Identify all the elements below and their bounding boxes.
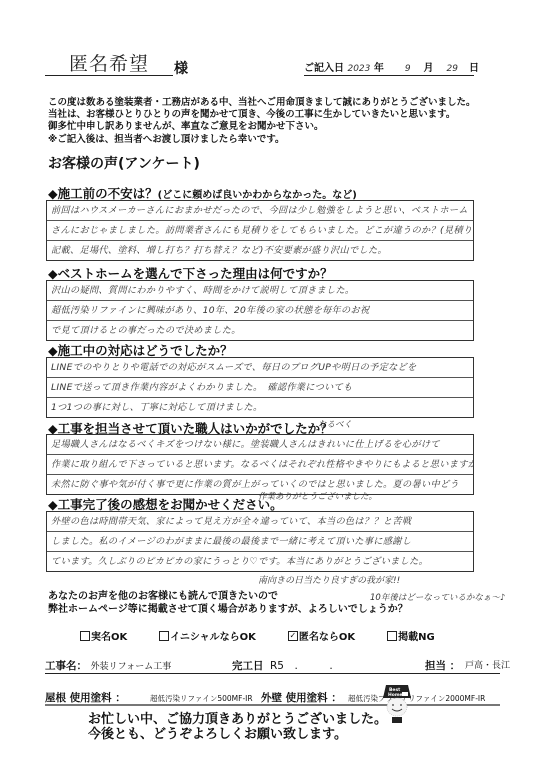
answer-box-craftsmen[interactable]: 足場職人さんはなるべくキズをつけない様に。塗装職人さんはきれいに仕上げるを心がけ… [46, 434, 474, 495]
trailing-note: 南向きの日当たり良すぎの我が家!! [258, 573, 400, 586]
completion-value: R5 . . [270, 658, 333, 673]
project-name-label: 工事名： [45, 660, 87, 672]
answer-line: さんにおじゃましました。訪問業者さんにも見積りをしてもらいました。どこが違うのか… [47, 221, 473, 241]
honorific: 様 [174, 58, 188, 78]
staff-value: 戸高・長江 [465, 658, 510, 671]
answer-line: 外壁の色は時間帯天気、家によって見え方が全々違っていて、本当の色は？？と苦戦 [47, 512, 473, 532]
option-label: 掲載NG [398, 628, 435, 643]
answer-line: 足場職人さんはなるべくキズをつけない様に。塗装職人さんはきれいに仕上げるを心がけ… [47, 435, 473, 455]
answer-line: 前回はハウスメーカーさんにおまかせだったので、今回は少し勉強をしようと思い、ベス… [47, 201, 473, 221]
best-home-mascot-logo: Best Home [380, 683, 414, 727]
date-day: 29 [447, 64, 458, 74]
option-label: 匿名ならOK [299, 628, 355, 643]
customer-name: 匿名希望 [69, 53, 149, 75]
intro-line: 御多忙中申し訳ありませんが、率直なご意見をお聞かせ下さい。 [48, 121, 476, 133]
date-label: ご記入日 [304, 63, 344, 74]
completion-label: 完工日 [232, 658, 264, 673]
publish-question-line: 弊社ホームページ等に掲載させて頂く場合がありますが、よろしいでしょうか？ [48, 603, 408, 616]
option-initials[interactable]: イニシャルならOK [159, 628, 256, 643]
answer-line: 超低汚染リファインに興味があり、10年、20年後の家の状態を毎年のお祝 [47, 301, 473, 321]
answer-line: で見て頂けるとの事だったので決めました。 [47, 321, 473, 340]
entry-date-field: ご記入日 2023 年 9 月 29 日 [304, 62, 474, 76]
answer-line: LINEでのやりとりや電話での対応がスムーズで、毎日のブログUPや明日の予定など… [47, 358, 473, 378]
mascot-icon: Best Home [380, 683, 414, 727]
survey-title: お客様の声(アンケート) [48, 153, 200, 173]
question-text: ◆施工前の不安は？ [48, 186, 158, 201]
question-text: ◆ベストホームを選んで下さった理由は何ですか？ [48, 266, 333, 281]
date-year: 2023 [347, 64, 370, 74]
checkbox-checked-icon[interactable]: ✓ [288, 631, 298, 641]
staff-label: 担当 ： [425, 658, 460, 673]
answer-line: 沢山の疑問、質問にわかりやすく、時間をかけて説明して頂きました。 [47, 281, 473, 301]
option-label: 実名OK [91, 628, 127, 643]
publish-options: 実名OK イニシャルならOK ✓ 匿名ならOK 掲載NG [80, 628, 435, 643]
answer-line: しました。私のイメージのわがままに最後の最後まで一緒に考えて頂いた事に感謝し [47, 532, 473, 552]
date-month: 9 [405, 64, 411, 74]
answer-line: 作業に取り組んで下さっていると思います。なるべくはそれぞれ性格やきやりにもよると… [47, 455, 473, 475]
project-name-value: 外装リフォーム工事 [91, 662, 172, 672]
customer-name-field: 匿名希望 [45, 53, 173, 76]
answer-box-during-work[interactable]: LINEでのやりとりや電話での対応がスムーズで、毎日のブログUPや明日の予定など… [46, 357, 474, 418]
question-text: ◆工事完了後の感想をお聞かせください。 [48, 497, 283, 512]
svg-text:Home: Home [388, 692, 403, 698]
intro-line: この度は数ある塗装業者・工務店がある中、当社へご用命頂きまして誠にありがとうござ… [48, 97, 476, 109]
intro-line: ※ご記入後は、担当者へお渡し頂けましたら幸いです。 [48, 134, 476, 146]
paint-info-row: 屋根 使用塗料 ： 超低汚染リファイン500MF-IR 外壁 使用塗料 ： 超低… [45, 690, 500, 706]
answer-line: LINEで送って頂き作業内容がよくわかりました。 確認作業についても [47, 378, 473, 398]
option-anonymous[interactable]: ✓ 匿名ならOK [288, 628, 355, 643]
answer-line: ています。久しぶりのピカピカの家にうっとり♡です。本当にありがとうございました。 [47, 552, 473, 571]
publish-question-line: あなたのお声を他のお客様にも読んで頂きたいので [48, 590, 408, 603]
publish-question: あなたのお声を他のお客様にも読んで頂きたいので 弊社ホームページ等に掲載させて頂… [48, 590, 408, 616]
year-suffix: 年 [374, 63, 384, 74]
option-label: イニシャルならOK [170, 628, 256, 643]
intro-text: この度は数ある塗装業者・工務店がある中、当社へご用命頂きまして誠にありがとうござ… [48, 97, 476, 146]
checkbox-icon[interactable] [159, 631, 169, 641]
wall-paint-label: 外壁 使用塗料 ： [261, 690, 342, 705]
project-info-row: 工事名： 外装リフォーム工事 完工日 R5 . . 担当 ： 戸高・長江 [45, 658, 500, 674]
roof-paint-label: 屋根 使用塗料 ： [45, 692, 126, 704]
answer-box-before-work[interactable]: 前回はハウスメーカーさんにおまかせだったので、今回は少し勉強をしようと思い、ベス… [46, 200, 474, 261]
closing-message: お忙しい中、ご協力頂きありがとうございました。 今後とも、どうぞよろしくお願い致… [88, 712, 387, 742]
wall-paint-value: 超低汚染プラチナリファイン2000MF-IR [348, 693, 485, 704]
day-suffix: 日 [469, 63, 479, 74]
answer-line: 記載、足場代、塗料、増し打ち？打ち替え？など)不安要素が盛り沢山でした。 [47, 241, 473, 260]
option-real-name[interactable]: 実名OK [80, 628, 127, 643]
answer-box-after-work[interactable]: 外壁の色は時間帯天気、家によって見え方が全々違っていて、本当の色は？？と苦戦 し… [46, 511, 474, 572]
question-text: ◆施工中の対応はどうでしたか？ [48, 343, 233, 358]
checkbox-icon[interactable] [80, 631, 90, 641]
margin-note: なるべく [318, 418, 352, 430]
month-suffix: 月 [424, 63, 434, 74]
answer-box-reason[interactable]: 沢山の疑問、質問にわかりやすく、時間をかけて説明して頂きました。 超低汚染リファ… [46, 280, 474, 341]
intro-line: 当社は、お客様ひとりひとりの声を聞かせて頂き、今後の工事に生かしていきたいと思い… [48, 109, 476, 121]
closing-line: 今後とも、どうぞよろしくお願い致します。 [88, 727, 387, 742]
option-no-publish[interactable]: 掲載NG [387, 628, 435, 643]
roof-paint-value: 超低汚染リファイン500MF-IR [150, 693, 253, 704]
checkbox-icon[interactable] [387, 631, 397, 641]
closing-line: お忙しい中、ご協力頂きありがとうございました。 [88, 712, 387, 727]
answer-line: 1つ1つの事に対し、丁寧に対応して頂けました。 [47, 398, 473, 417]
